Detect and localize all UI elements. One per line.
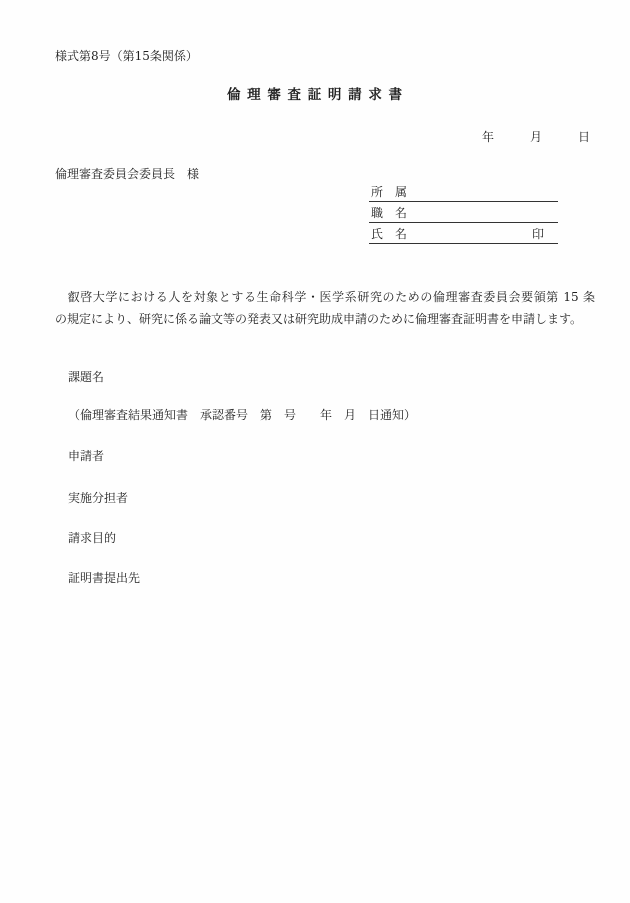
field-label-project-title: 課題名	[68, 369, 104, 385]
position-label: 職 名	[371, 206, 407, 220]
document-title: 倫 理 審 査 証 明 請 求 書	[0, 87, 630, 104]
signature-block: 所 属 職 名 氏 名 印	[369, 181, 558, 244]
position-row: 職 名	[369, 202, 558, 223]
date-line: 年 月 日	[482, 129, 594, 145]
field-label-request-purpose: 請求目的	[68, 530, 116, 546]
name-row: 氏 名 印	[369, 223, 558, 244]
field-label-review-result-note: （倫理審査結果通知書 承認番号 第 号 年 月 日通知）	[68, 407, 416, 423]
body-paragraph-line-1: 叡啓大学における人を対象とする生命科学・医学系研究のための倫理審査委員会要領第 …	[55, 286, 595, 308]
document-page: 様式第8号（第15条関係） 倫 理 審 査 証 明 請 求 書 年 月 日 倫理…	[0, 0, 630, 903]
form-number: 様式第8号（第15条関係）	[55, 48, 198, 64]
field-label-certificate-destination: 証明書提出先	[68, 570, 140, 586]
affiliation-row: 所 属	[369, 181, 558, 202]
seal-mark: 印	[532, 227, 544, 241]
field-label-applicant: 申請者	[68, 448, 104, 464]
name-label: 氏 名	[371, 227, 407, 241]
field-label-co-investigator: 実施分担者	[68, 490, 128, 506]
affiliation-label: 所 属	[371, 185, 407, 199]
body-paragraph-line-2: の規定により、研究に係る論文等の発表又は研究助成申請のために倫理審査証明書を申請…	[55, 308, 595, 330]
addressee-line: 倫理審査委員会委員長 様	[55, 166, 199, 182]
body-paragraph: 叡啓大学における人を対象とする生命科学・医学系研究のための倫理審査委員会要領第 …	[55, 286, 595, 330]
